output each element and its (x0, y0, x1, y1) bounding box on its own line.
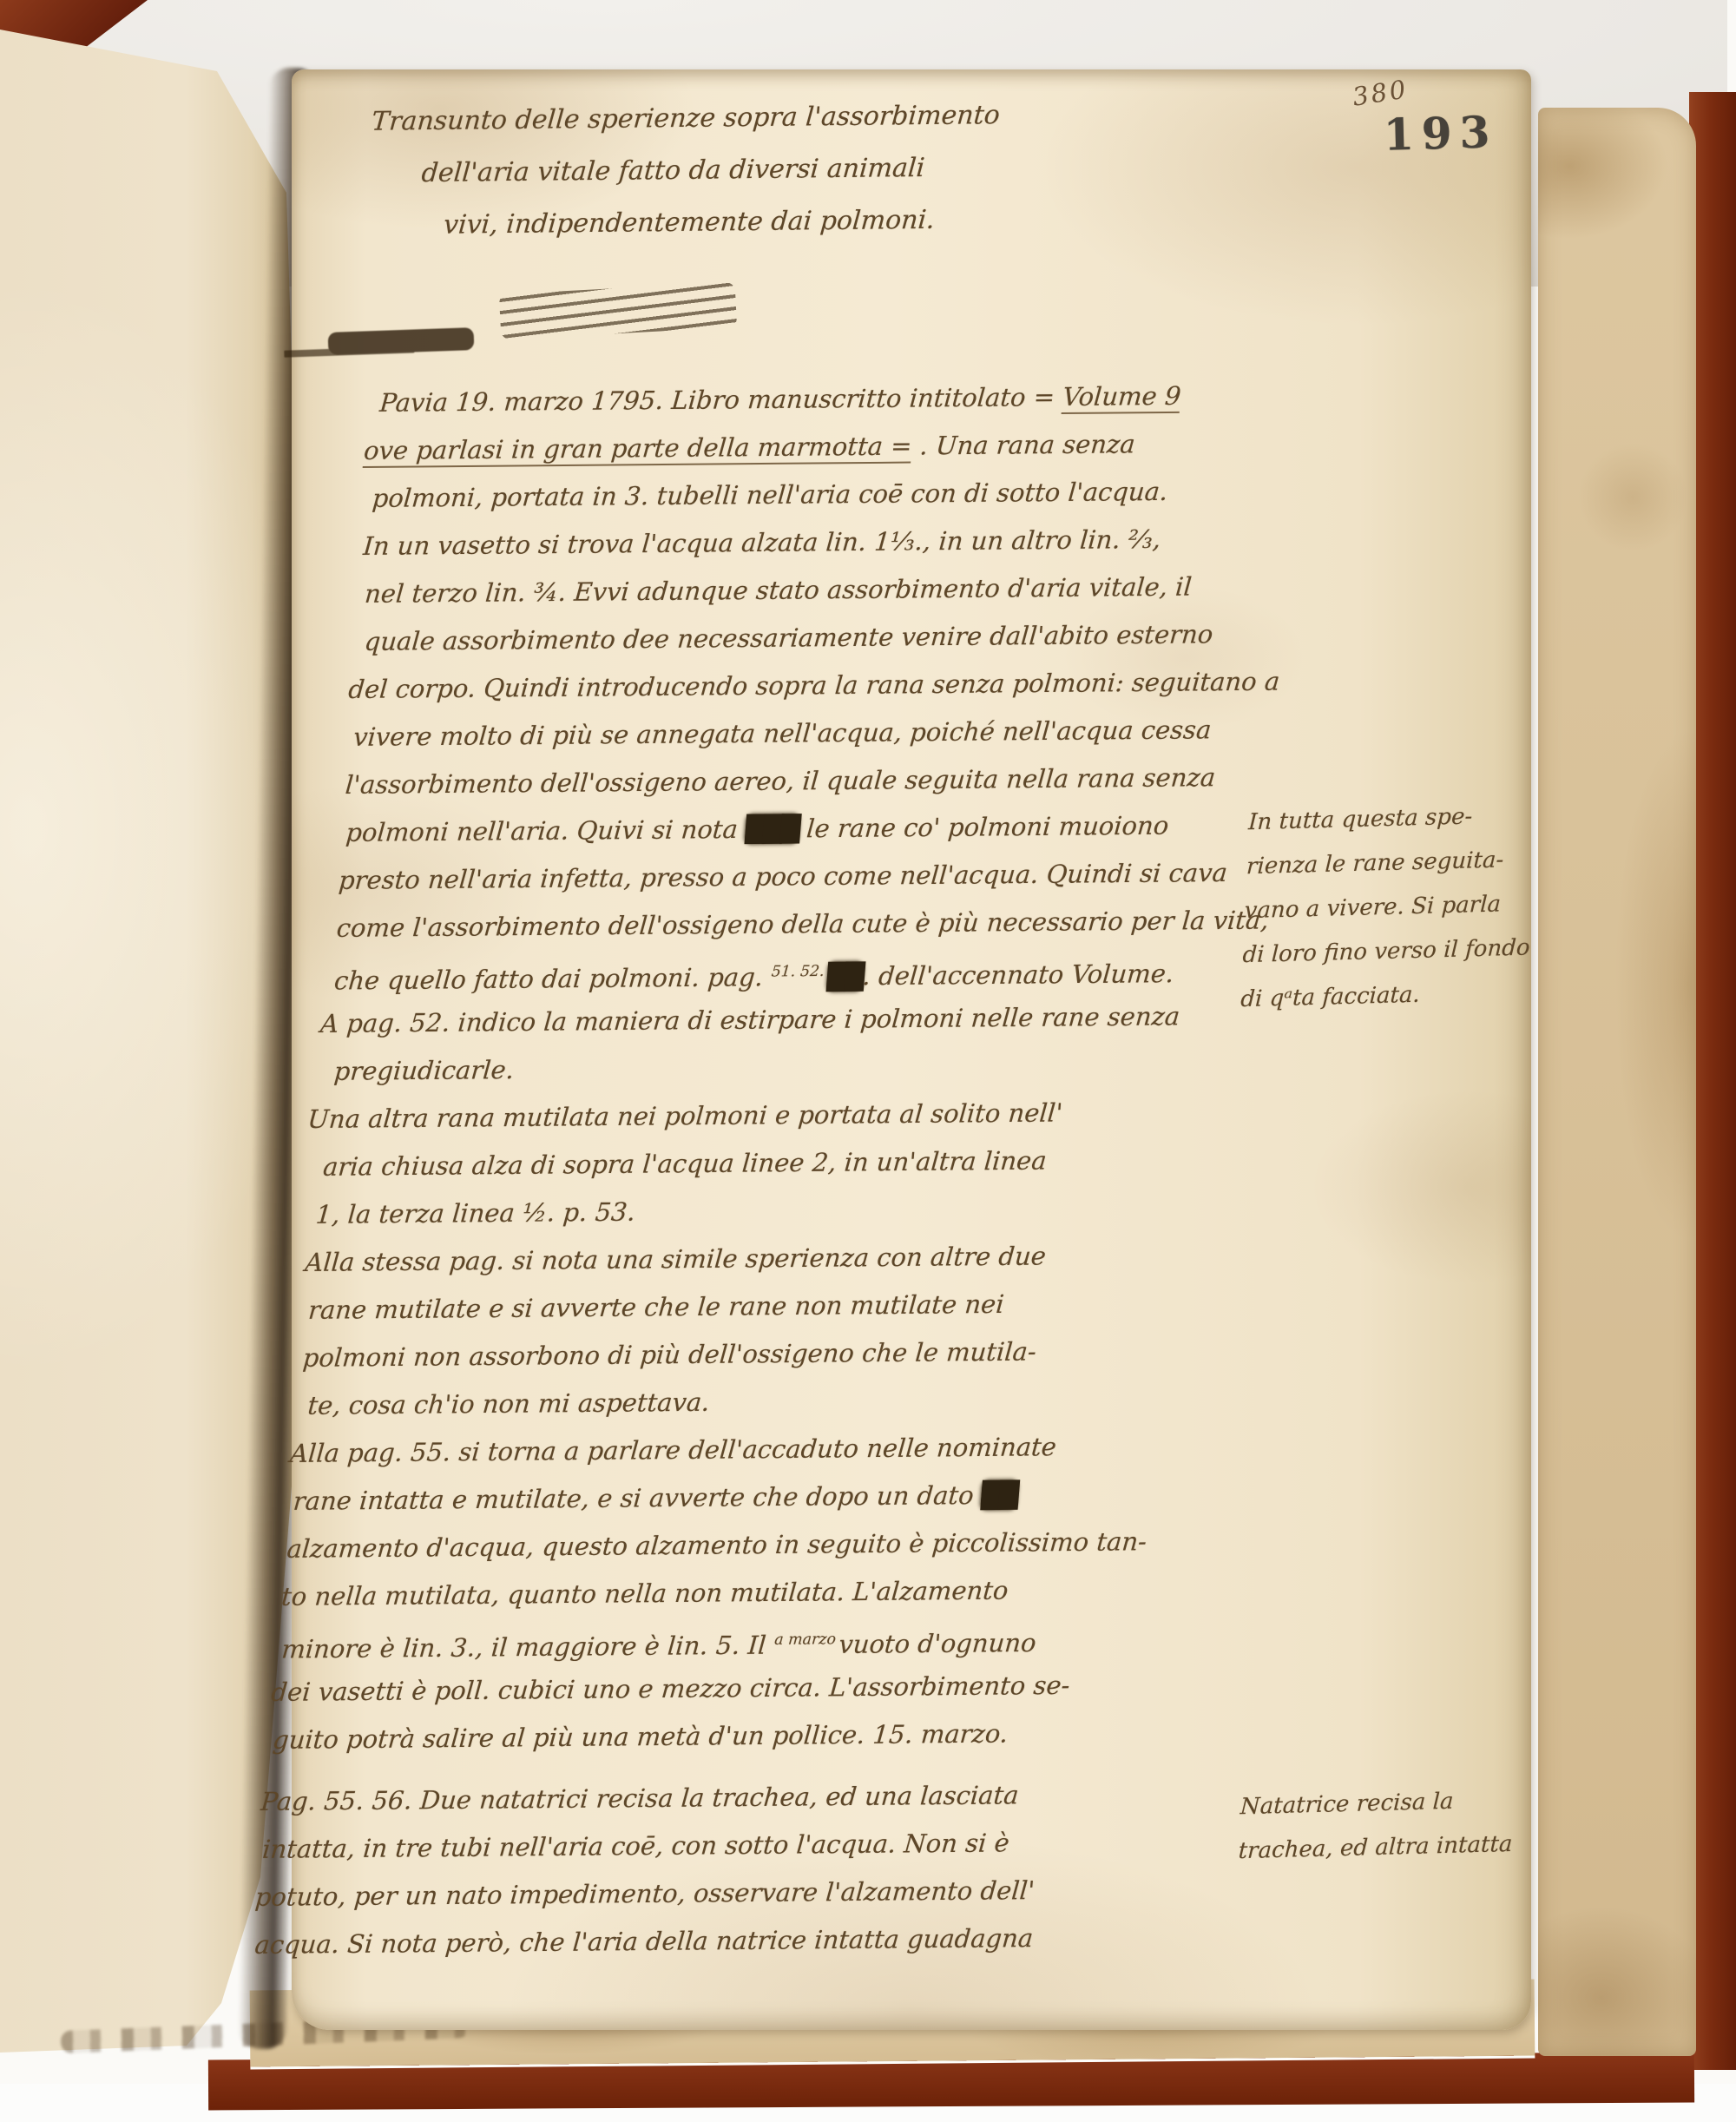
ink-text: Natatrice recisa la (1240, 1789, 1454, 1820)
body-text: Pavia 19. marzo 1795. Libro manuscritto … (256, 371, 1354, 1969)
manuscript-line: di qᵃta facciata. (1240, 971, 1520, 1022)
ink-text: aria chiusa alza di sopra l'acqua linee … (322, 1146, 1048, 1182)
ink-text: Alla pag. 55. si torna a parlare dell'ac… (289, 1432, 1057, 1468)
manuscript-line: Pag. 55. 56. Due natatrici recisa la tra… (259, 1769, 1244, 1826)
ink-text: polmoni non assorbono di più dell'ossige… (302, 1337, 1038, 1373)
manuscript-page: 380 193 Transunto delle sperienze sopra … (292, 69, 1531, 2030)
ink-text: polmoni nell'aria. Quivi si nota (345, 814, 746, 847)
ink-text: vano a vivere. Si parla (1244, 891, 1502, 924)
ink-text: del corpo. Quindi introducendo sopra la … (347, 667, 1280, 704)
ink-text: rane mutilate e si avverte che le rane n… (307, 1289, 1005, 1325)
ink-text: trachea, ed altra intatta (1238, 1831, 1513, 1864)
ink-sup: 51. 52. (771, 963, 825, 981)
manuscript-line: che quello fatto dai polmoni. pag. 51. 5… (332, 944, 1309, 1000)
ink-text: In tutta questa spe- (1248, 803, 1473, 835)
ink-text: vuoto d'ognuno (838, 1628, 1037, 1659)
manuscript-line: ove parlasi in gran parte della marmotta… (362, 418, 1351, 475)
title-line: dell'aria vitale fatto da diversi animal… (419, 140, 1151, 200)
manuscript-line: Una altra rana mutilata nei polmoni e po… (306, 1087, 1298, 1143)
ink-text: presto nell'aria infetta, presso a poco … (338, 858, 1228, 895)
manuscript-line: Alla pag. 55. si torna a parlare dell'ac… (288, 1421, 1272, 1478)
ink-text: come l'assorbimento dell'ossigeno della … (336, 906, 1270, 943)
manuscript-line: del corpo. Quindi introducendo sopra la … (346, 657, 1332, 714)
ink-text: nel terzo lin. ¾. Evvi adunque stato ass… (364, 572, 1193, 609)
manuscript-line: pregiudicarle. (332, 1039, 1302, 1096)
manuscript-line: 1, la terza linea ½. p. 53. (314, 1183, 1291, 1239)
manuscript-line: alzamento d'acqua, questo alzamento in s… (285, 1517, 1264, 1573)
ink-text: Una altra rana mutilata nei polmoni e po… (306, 1097, 1063, 1134)
manuscript-line: polmoni, portata in 3. tubelli nell'aria… (371, 466, 1347, 523)
cancellation-scribble (499, 282, 737, 339)
manuscript-line: intatta, in tre tubi nell'aria coē, con … (260, 1817, 1240, 1874)
manuscript-line: l'assorbimento dell'ossigeno aereo, il q… (344, 753, 1325, 809)
manuscript-line: rane intatta e mutilate, e si avverte ch… (292, 1469, 1268, 1526)
ink-text: l'assorbimento dell'ossigeno aereo, il q… (345, 762, 1217, 800)
ink-text: 1, la terza linea ½. p. 53. (315, 1197, 637, 1229)
manuscript-line: A pag. 52. indico la maniera di estirpar… (319, 992, 1305, 1048)
manuscript-line: dei vasetti è poll. cubici uno e mezzo c… (269, 1660, 1253, 1717)
ink-text: alzamento d'acqua, questo alzamento in s… (286, 1526, 1147, 1564)
manuscript-line: come l'assorbimento dell'ossigeno della … (335, 896, 1313, 952)
ink-text: minore è lin. 3., il maggiore è lin. 5. … (280, 1631, 775, 1664)
manuscript-line: trachea, ed altra intatta (1238, 1822, 1518, 1874)
ink-underline: ove parlasi in gran parte della marmotta… (363, 432, 913, 469)
manuscript-line: In un vasetto si trova l'acqua alzata li… (361, 514, 1343, 570)
ink-blot: ██ (826, 961, 864, 991)
ink-text: rienza le rane seguita- (1246, 847, 1504, 880)
ink-text: Pavia 19. marzo 1795. Libro manuscritto … (378, 382, 1064, 418)
ink-blot: ██ (981, 1480, 1018, 1510)
ink-text: Pag. 55. 56. Due natatrici recisa la tra… (260, 1780, 1020, 1816)
page-number-stamp: 193 (1383, 106, 1498, 160)
manuscript-line: In tutta questa spe- (1247, 794, 1528, 845)
ink-text: pregiudicarle. (333, 1055, 516, 1086)
ink-blot: ███ (745, 814, 800, 844)
cancellation-scribble (328, 327, 475, 355)
ink-text: intatta, in tre tubi nell'aria coē, con … (261, 1828, 1010, 1864)
ink-text: te, cosa ch'io non mi aspettava. (306, 1387, 711, 1420)
manuscript-line: guito potrà salire al più una metà d'un … (271, 1708, 1249, 1764)
book-cover-right-edge (1689, 92, 1736, 2070)
manuscript-line: potuto, per un nato impedimento, osserva… (253, 1865, 1237, 1921)
manuscript-line: acqua. Si nota però, che l'aria della na… (253, 1913, 1233, 1969)
title-block: Transunto delle sperienze sopra l'assorb… (362, 88, 1156, 252)
ink-text: A pag. 52. indico la maniera di estirpar… (319, 1001, 1181, 1038)
manuscript-line: to nella mutilata, quanto nella non muti… (279, 1565, 1260, 1621)
folio-number-handwritten: 380 (1351, 74, 1410, 112)
ink-text: guito potrà salire al più una metà d'un … (272, 1718, 1009, 1754)
ink-text: le rane co' polmoni muoiono (798, 811, 1170, 844)
manuscript-line: polmoni non assorbono di più dell'ossige… (301, 1326, 1279, 1382)
manuscript-line: nel terzo lin. ¾. Evvi adunque stato ass… (363, 562, 1339, 618)
manuscript-line: vano a vivere. Si parla (1244, 882, 1524, 933)
manuscript-line: presto nell'aria infetta, presso a poco … (337, 848, 1317, 905)
title-line: vivi, indipendentemente dai polmoni. (442, 192, 1147, 251)
stained-underleaf-right (1538, 108, 1696, 2056)
ink-text: di qᵃta facciata. (1240, 982, 1421, 1012)
ink-text: che quello fatto dai polmoni. pag. (333, 962, 773, 995)
ink-text: to nella mutilata, quanto nella non muti… (280, 1576, 1009, 1611)
manuscript-line: di loro fino verso il fondo (1241, 926, 1522, 978)
ink-text: Alla stessa pag. si nota una simile sper… (304, 1242, 1047, 1277)
manuscript-line: te, cosa ch'io non mi aspettava. (306, 1374, 1275, 1430)
ink-text: vivere molto di più se annegata nell'acq… (352, 715, 1213, 752)
manuscript-line: quale assorbimento dee necessariamente v… (363, 610, 1336, 666)
manuscript-line: vivere molto di più se annegata nell'acq… (352, 705, 1328, 761)
ink-text: quale assorbimento dee necessariamente v… (364, 619, 1214, 656)
manuscript-line: rienza le rane seguita- (1246, 838, 1526, 889)
ink-text: rane intatta e mutilate, e si avverte ch… (293, 1480, 983, 1516)
title-line: Transunto delle sperienze sopra l'assorb… (370, 88, 1155, 148)
manuscript-line: Alla stessa pag. si nota una simile sper… (303, 1230, 1286, 1287)
manuscript-line: minore è lin. 3., il maggiore è lin. 5. … (280, 1612, 1257, 1669)
ink-text: polmoni, portata in 3. tubelli nell'aria… (372, 477, 1169, 513)
photographed-manuscript: 380 193 Transunto delle sperienze sopra … (0, 0, 1736, 2122)
manuscript-line: rane mutilate e si avverte che le rane n… (306, 1278, 1283, 1334)
ink-text: . dell'accennato Volume. (861, 959, 1174, 991)
margin-note: In tutta questa spe-rienza le rane segui… (1240, 794, 1528, 1022)
manuscript-line: Pavia 19. marzo 1795. Libro manuscritto … (378, 371, 1354, 427)
ink-text: In un vasetto si trova l'acqua alzata li… (362, 524, 1161, 561)
ink-text: potuto, per un nato impedimento, osserva… (254, 1875, 1036, 1912)
ink-underline: Volume 9 (1062, 381, 1182, 414)
ink-text: . Una rana senza (911, 429, 1136, 460)
manuscript-line: aria chiusa alza di sopra l'acqua linee … (321, 1135, 1294, 1191)
ink-sup: a marzo (773, 1631, 836, 1649)
manuscript-line: Natatrice recisa la (1240, 1778, 1520, 1829)
margin-note: Natatrice recisa latrachea, ed altra int… (1238, 1778, 1520, 1874)
ink-text: acqua. Si nota però, che l'aria della na… (253, 1923, 1034, 1960)
ink-text: dei vasetti è poll. cubici uno e mezzo c… (270, 1671, 1071, 1707)
ink-text: di loro fino verso il fondo (1242, 935, 1530, 969)
manuscript-line: polmoni nell'aria. Quivi si nota ███ le … (344, 801, 1320, 857)
